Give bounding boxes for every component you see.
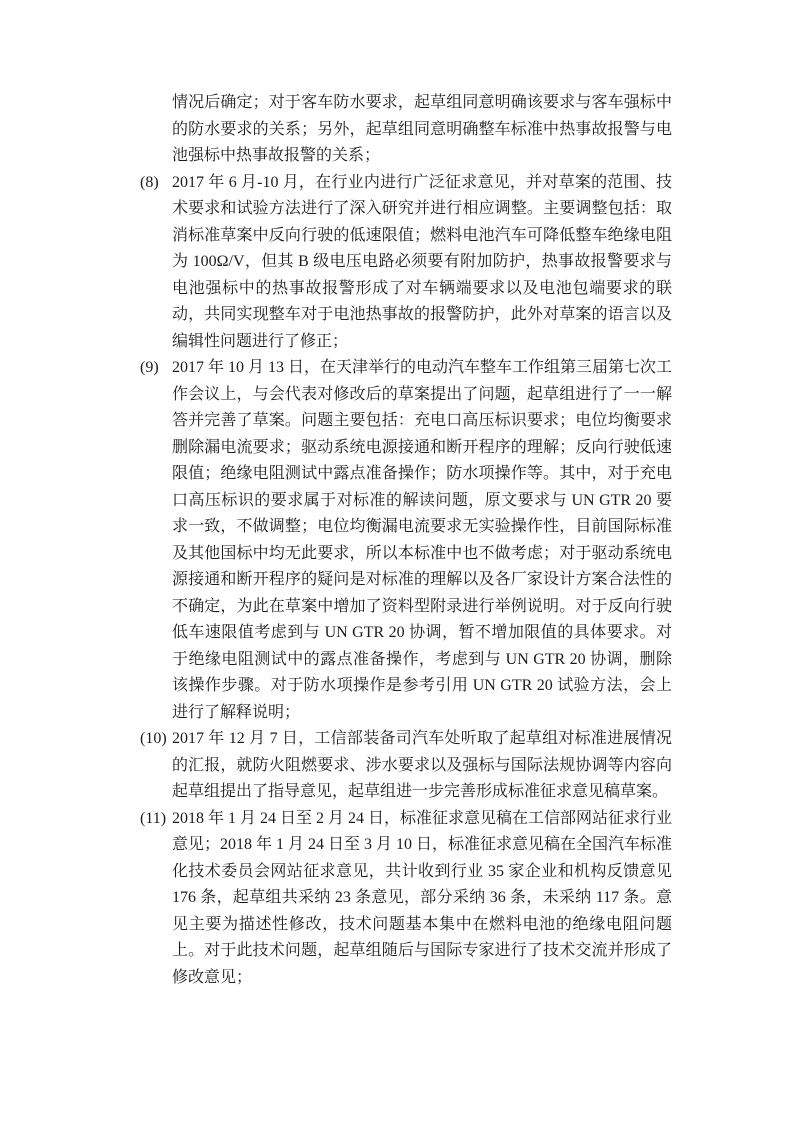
list-item-10: (10) 2017 年 12 月 7 日，工信部装备司汽车处听取了起草组对标准进… [140,726,672,806]
list-item-11: (11) 2018 年 1 月 24 日至 2 月 24 日，标准征求意见稿在工… [140,806,672,992]
list-item-8: (8) 2017 年 6 月-10 月，在行业内进行广泛征求意见，并对草案的范围… [140,170,672,356]
list-item-10-number: (10) [140,726,172,753]
document-page: 情况后确定；对于客车防水要求，起草组同意明确该要求与客车强标中的防水要求的关系；… [0,0,793,1122]
list-item-9-number: (9) [140,355,172,382]
list-item-10-text: 2017 年 12 月 7 日，工信部装备司汽车处听取了起草组对标准进展情况的汇… [172,726,672,806]
list-item-9-text: 2017 年 10 月 13 日，在天津举行的电动汽车整车工作组第三届第七次工作… [172,355,672,726]
list-item-11-number: (11) [140,806,172,833]
list-item-8-number: (8) [140,170,172,197]
list-item-8-text: 2017 年 6 月-10 月，在行业内进行广泛征求意见，并对草案的范围、技术要… [172,170,672,356]
list-item-9: (9) 2017 年 10 月 13 日，在天津举行的电动汽车整车工作组第三届第… [140,355,672,726]
continuation-paragraph: 情况后确定；对于客车防水要求，起草组同意明确该要求与客车强标中的防水要求的关系；… [172,90,672,170]
document-body: 情况后确定；对于客车防水要求，起草组同意明确该要求与客车强标中的防水要求的关系；… [140,90,672,991]
list-item-11-text: 2018 年 1 月 24 日至 2 月 24 日，标准征求意见稿在工信部网站征… [172,806,672,992]
